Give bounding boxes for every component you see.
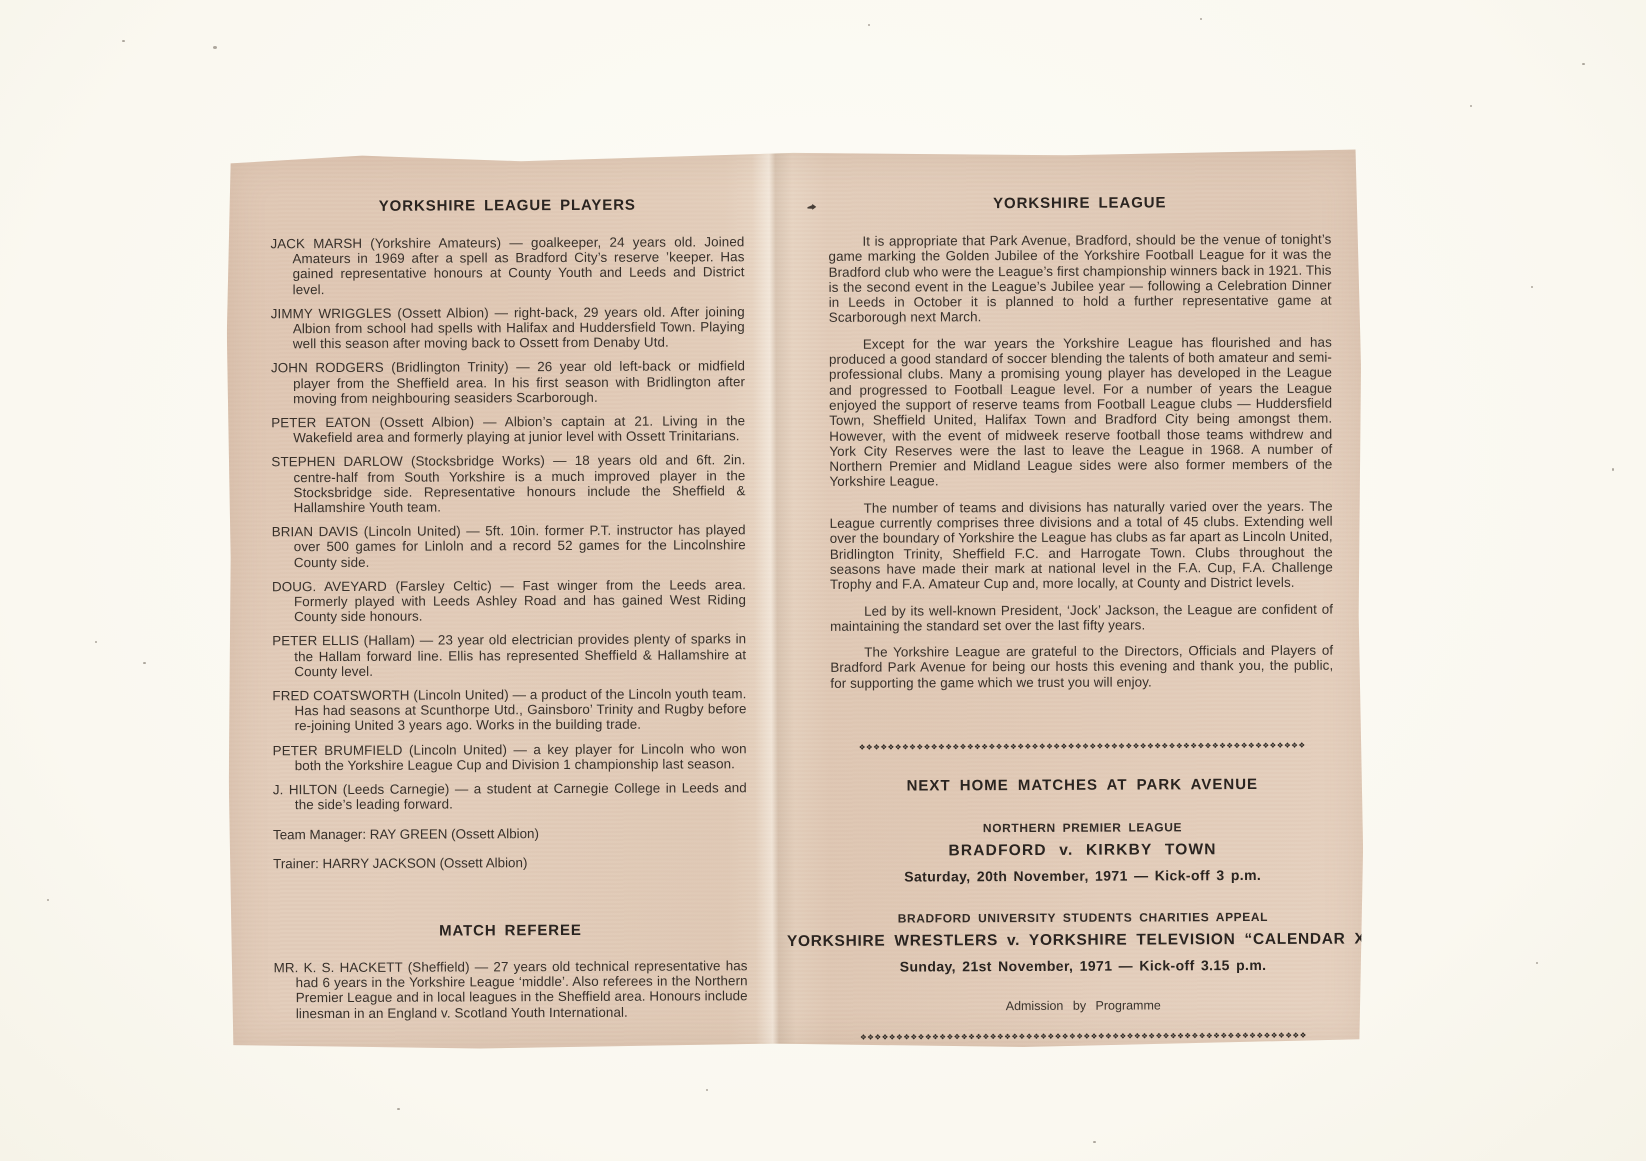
scan-speck	[143, 662, 146, 664]
scan-speck	[1470, 105, 1472, 107]
scan-speck	[1582, 63, 1585, 65]
scan-speck	[122, 40, 125, 42]
player-bio-stephen-darlow: STEPHEN DARLOW (Stocksbridge Works) — 18…	[271, 453, 745, 516]
print-speck	[807, 204, 816, 210]
fixture-competition: BRADFORD UNIVERSITY STUDENTS CHARITIES A…	[831, 910, 1334, 926]
player-bio-j-hilton: J. HILTON (Leeds Carnegie) — a student a…	[273, 780, 747, 812]
trainer-line: Trainer: HARRY JACKSON (Ossett Albion)	[273, 854, 747, 871]
player-bio-peter-brumfield: PETER BRUMFIELD (Lincoln United) — a key…	[273, 741, 747, 773]
scan-speck	[1536, 962, 1538, 964]
fixture-charity: BRADFORD UNIVERSITY STUDENTS CHARITIES A…	[831, 910, 1334, 975]
ornament-divider-top: ❖❖❖❖❖❖❖❖❖❖❖❖❖❖❖❖❖❖❖❖❖❖❖❖❖❖❖❖❖❖❖❖❖❖❖❖❖❖❖❖…	[831, 741, 1334, 752]
scan-speck	[1531, 286, 1533, 288]
league-paragraph: Except for the war years the Yorkshire L…	[829, 334, 1333, 489]
player-bio-peter-eaton: PETER EATON (Ossett Albion) — Albion’s c…	[271, 413, 745, 445]
fixture-date: Saturday, 20th November, 1971 — Kick-off…	[831, 867, 1334, 885]
player-bio-fred-coatsworth: FRED COATSWORTH (Lincoln United) — a pro…	[272, 686, 746, 734]
scan-speck	[397, 1108, 400, 1110]
player-bio-jack-marsh: JACK MARSH (Yorkshire Amateurs) — goalke…	[270, 234, 744, 297]
league-paragraph: The Yorkshire League are grateful to the…	[830, 643, 1333, 691]
page-left: YORKSHIRE LEAGUE PLAYERS JACK MARSH (Yor…	[270, 196, 748, 1030]
player-bio-brian-davis: BRIAN DAVIS (Lincoln United) — 5ft. 10in…	[272, 522, 746, 570]
player-bio-jimmy-wriggles: JIMMY WRIGGLES (Ossett Albion) — right-b…	[271, 304, 745, 352]
player-bio-peter-ellis: PETER ELLIS (Hallam) — 23 year old elect…	[272, 632, 746, 680]
next-matches-title: NEXT HOME MATCHES AT PARK AVENUE	[831, 776, 1334, 795]
scan-speck	[868, 24, 870, 26]
scan-background: YORKSHIRE LEAGUE PLAYERS JACK MARSH (Yor…	[0, 0, 1646, 1161]
page-right: YORKSHIRE LEAGUE It is appropriate that …	[828, 194, 1335, 1042]
fixture-teams: YORKSHIRE WRESTLERS v. YORKSHIRE TELEVIS…	[779, 930, 1386, 951]
scan-speck	[95, 641, 97, 643]
scan-speck	[213, 46, 217, 49]
fixture-npl: NORTHERN PREMIER LEAGUE BRADFORD v. KIRK…	[831, 820, 1334, 885]
league-paragraph: It is appropriate that Park Avenue, Brad…	[828, 232, 1331, 326]
player-bio-doug-aveyard: DOUG. AVEYARD (Farsley Celtic) — Fast wi…	[272, 577, 746, 625]
player-bio-john-rodgers: JOHN RODGERS (Bridlington Trinity) — 26 …	[271, 359, 745, 407]
fixture-date: Sunday, 21st November, 1971 — Kick-off 3…	[832, 957, 1335, 975]
match-referee-title: MATCH REFEREE	[273, 921, 747, 940]
league-paragraph: The number of teams and divisions has na…	[830, 498, 1333, 592]
fixture-competition: NORTHERN PREMIER LEAGUE	[831, 820, 1334, 836]
right-page-title: YORKSHIRE LEAGUE	[828, 194, 1331, 213]
admission-note: Admission by Programme	[832, 998, 1335, 1014]
left-page-title: YORKSHIRE LEAGUE PLAYERS	[270, 196, 744, 215]
referee-bio: MR. K. S. HACKETT (Sheffield) — 27 years…	[274, 958, 748, 1021]
team-manager-line: Team Manager: RAY GREEN (Ossett Albion)	[273, 825, 747, 842]
scan-speck	[1200, 18, 1202, 20]
league-paragraph: Led by its well-known President, ‘Jock’ …	[830, 601, 1333, 634]
ornament-divider-bottom: ❖❖❖❖❖❖❖❖❖❖❖❖❖❖❖❖❖❖❖❖❖❖❖❖❖❖❖❖❖❖❖❖❖❖❖❖❖❖❖❖…	[832, 1031, 1335, 1042]
scan-speck	[1612, 468, 1614, 471]
centre-fold	[752, 152, 796, 1048]
scan-speck	[706, 1089, 708, 1091]
fixture-teams: BRADFORD v. KIRKBY TOWN	[831, 841, 1334, 861]
scan-speck	[47, 899, 49, 901]
programme-paper: YORKSHIRE LEAGUE PLAYERS JACK MARSH (Yor…	[226, 150, 1364, 1051]
scan-speck	[1093, 1141, 1096, 1143]
